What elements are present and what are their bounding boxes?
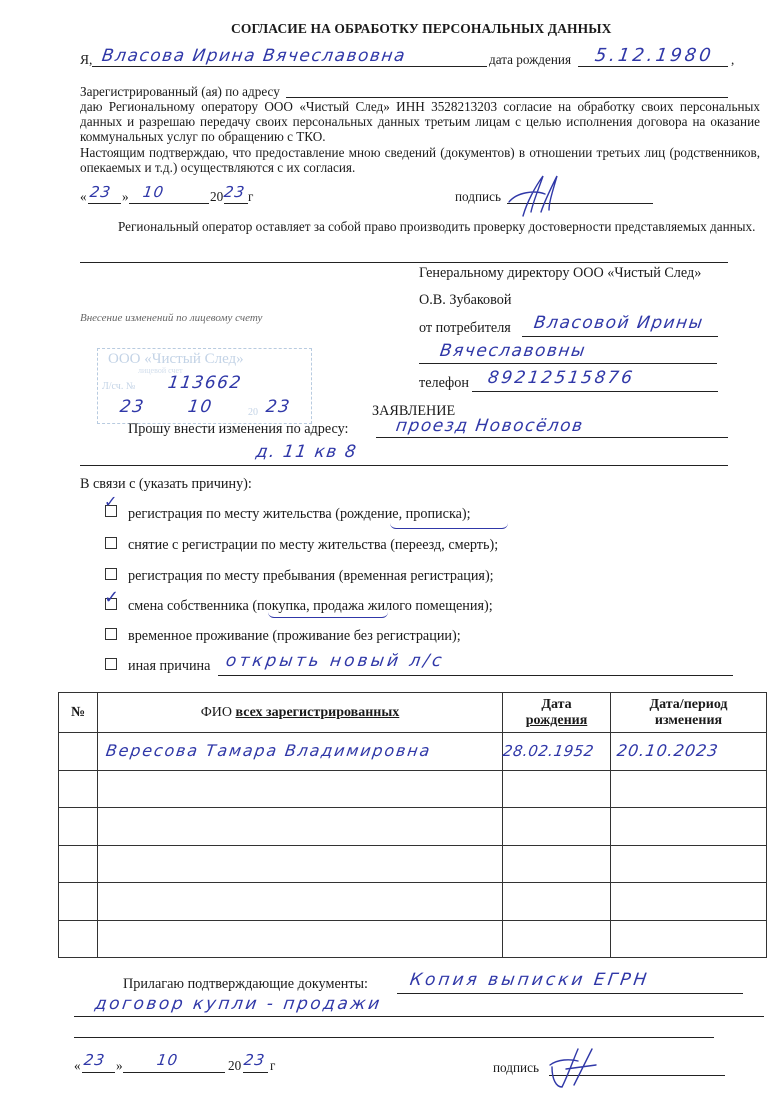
handwritten-underline — [268, 612, 388, 618]
reason-checkbox-6[interactable] — [105, 658, 117, 670]
reason-checkbox-2[interactable] — [105, 537, 117, 549]
reason-checkbox-3[interactable] — [105, 568, 117, 580]
address-line1 — [376, 437, 728, 438]
attach-line3 — [74, 1037, 714, 1038]
header-change: Дата/периодизменения — [611, 693, 767, 733]
reason-label-5: временное проживание (проживание без рег… — [128, 628, 461, 644]
month-line — [129, 203, 209, 204]
consent-date-year[interactable]: 23 — [223, 183, 247, 201]
header-dob-line1: Дата — [503, 697, 610, 713]
reason-label-2: снятие с регистрации по месту жительства… — [128, 537, 498, 553]
stamp-day: 23 — [119, 397, 146, 417]
addressee-line2: О.В. Зубаковой — [419, 293, 511, 308]
address-field-line2[interactable]: д. 11 кв 8 — [255, 442, 359, 462]
year-unit: г — [248, 189, 253, 204]
attach-line2 — [74, 1016, 764, 1017]
cell-fio[interactable] — [98, 770, 503, 808]
quote-close: » — [116, 1058, 123, 1073]
cell-change[interactable] — [611, 883, 767, 921]
day-line — [88, 203, 121, 204]
other-reason-line — [218, 675, 733, 676]
dob-line — [578, 66, 728, 67]
full-name-line — [92, 66, 487, 67]
consent-date-day[interactable]: 23 — [89, 183, 113, 201]
attach-label: Прилагаю подтверждающие документы: — [123, 977, 368, 992]
from-label: от потребителя — [419, 321, 511, 336]
cell-change-value: 20.10.2023 — [616, 741, 720, 760]
attach-field-line2[interactable]: договор купли - продажи — [94, 994, 384, 1014]
header-change-line1: Дата/период — [611, 697, 766, 713]
stamp-month: 10 — [187, 397, 214, 417]
registered-label: Зарегистрированный (ая) по адресу — [80, 84, 280, 99]
cell-no[interactable] — [59, 883, 98, 921]
header-fio-underlined: всех зарегистрированных — [236, 705, 400, 720]
header-dob-line2: рождения — [503, 713, 610, 729]
cell-dob[interactable] — [503, 845, 611, 883]
cell-change[interactable] — [611, 920, 767, 958]
cell-dob-value: 28.02.1952 — [502, 742, 595, 760]
attach-field-line1[interactable]: Копия выписки ЕГРН — [409, 970, 651, 990]
application-signature-label: подпись — [493, 1060, 539, 1075]
year-prefix: 20 — [228, 1058, 241, 1073]
address-field-line1[interactable]: проезд Новосёлов — [395, 416, 585, 436]
checkmark-icon: ✓ — [104, 591, 119, 605]
from-name-line2[interactable]: Вячеславовны — [439, 341, 588, 361]
address-line2 — [80, 465, 728, 466]
application-signature[interactable] — [548, 1045, 608, 1093]
consent-note: Региональный оператор оставляет за собой… — [80, 219, 760, 234]
from-line2 — [419, 363, 717, 364]
checkmark-icon: ✓ — [104, 495, 117, 509]
reason-label-6: иная причина — [128, 658, 210, 674]
cell-change[interactable]: 20.10.2023 — [611, 733, 767, 771]
account-change-note: Внесение изменений по лицевому счету — [80, 311, 262, 326]
header-change-line2: изменения — [611, 713, 766, 729]
stamp-account-number: 113662 — [167, 373, 244, 393]
full-name-field[interactable]: Власова Ирина Вячеславовна — [101, 46, 408, 66]
cell-dob[interactable] — [503, 883, 611, 921]
day-line — [82, 1072, 115, 1073]
table-header-row: № ФИО всех зарегистрированных Датарожден… — [59, 693, 767, 733]
reason-label-1: регистрация по месту жительства (рождени… — [128, 506, 471, 522]
cell-fio[interactable] — [98, 808, 503, 846]
year-line — [224, 203, 248, 204]
stamp-year: 23 — [265, 397, 292, 417]
application-date-day[interactable]: 23 — [83, 1051, 107, 1069]
cell-fio-value: Вересова Тамара Владимировна — [105, 741, 433, 760]
header-no: № — [59, 693, 98, 733]
quote-open: « — [80, 189, 87, 204]
handwritten-underline — [390, 523, 508, 529]
phone-field[interactable]: 89212515876 — [487, 368, 636, 388]
cell-fio[interactable] — [98, 920, 503, 958]
cell-no[interactable] — [59, 920, 98, 958]
phone-label: телефон — [419, 376, 469, 391]
year-line — [243, 1072, 268, 1073]
year-prefix: 20 — [210, 189, 223, 204]
registered-address-field[interactable] — [286, 97, 728, 98]
cell-fio[interactable] — [98, 845, 503, 883]
from-line1 — [522, 336, 718, 337]
cell-dob[interactable] — [503, 770, 611, 808]
section-divider — [80, 262, 728, 263]
cell-fio[interactable] — [98, 883, 503, 921]
month-line — [123, 1072, 225, 1073]
consent-signature-label: подпись — [455, 189, 501, 204]
dob-field[interactable]: 5.12.1980 — [594, 45, 716, 66]
cell-change[interactable] — [611, 808, 767, 846]
table-row — [59, 920, 767, 958]
reason-label: В связи с (указать причину): — [80, 477, 252, 492]
table-row — [59, 770, 767, 808]
cell-dob[interactable]: 28.02.1952 — [503, 733, 611, 771]
other-reason-field[interactable]: открыть новый л/с — [225, 651, 446, 671]
year-unit: г — [270, 1058, 275, 1073]
application-date-year[interactable]: 23 — [243, 1051, 267, 1069]
from-name-line1[interactable]: Власовой Ирины — [533, 313, 705, 333]
stamp-no-label: Л/сч. № — [102, 381, 135, 392]
reason-checkbox-5[interactable] — [105, 628, 117, 640]
comma: , — [731, 52, 734, 67]
consent-paragraph-2: Настоящим подтверждаю, что предоставлени… — [80, 145, 760, 175]
attach-line1 — [397, 993, 743, 994]
cell-no[interactable] — [59, 733, 98, 771]
quote-open: « — [74, 1058, 81, 1073]
cell-no[interactable] — [59, 770, 98, 808]
table-row — [59, 845, 767, 883]
consent-date-month[interactable]: 10 — [142, 183, 166, 201]
application-date-month[interactable]: 10 — [156, 1051, 180, 1069]
quote-close: » — [122, 189, 129, 204]
registered-persons-table: № ФИО всех зарегистрированных Датарожден… — [58, 692, 767, 958]
table-row: Вересова Тамара Владимировна 28.02.1952 … — [59, 733, 767, 771]
table-row — [59, 808, 767, 846]
cell-no[interactable] — [59, 808, 98, 846]
cell-change[interactable] — [611, 845, 767, 883]
phone-line — [472, 391, 718, 392]
consent-signature[interactable] — [505, 172, 575, 222]
consent-paragraph-1: даю Региональному оператору ООО «Чистый … — [80, 99, 760, 145]
address-label: Прошу внести изменения по адресу: — [128, 422, 348, 437]
header-fio: ФИО всех зарегистрированных — [98, 693, 503, 733]
addressee-line1: Генеральному директору ООО «Чистый След» — [419, 266, 701, 281]
dob-label: дата рождения — [489, 52, 571, 67]
registration-stamp: ООО «Чистый След» лицевой счет Л/сч. № 1… — [97, 348, 312, 424]
cell-fio[interactable]: Вересова Тамара Владимировна — [98, 733, 503, 771]
header-dob: Датарождения — [503, 693, 611, 733]
stamp-year-prefix: 20 — [248, 407, 258, 418]
reason-label-3: регистрация по месту пребывания (временн… — [128, 568, 494, 584]
consent-title: СОГЛАСИЕ НА ОБРАБОТКУ ПЕРСОНАЛЬНЫХ ДАННЫ… — [231, 21, 611, 36]
cell-dob[interactable] — [503, 920, 611, 958]
table-row — [59, 883, 767, 921]
cell-change[interactable] — [611, 770, 767, 808]
cell-no[interactable] — [59, 845, 98, 883]
i-label: Я, — [80, 52, 92, 67]
header-fio-prefix: ФИО — [201, 705, 236, 720]
cell-dob[interactable] — [503, 808, 611, 846]
